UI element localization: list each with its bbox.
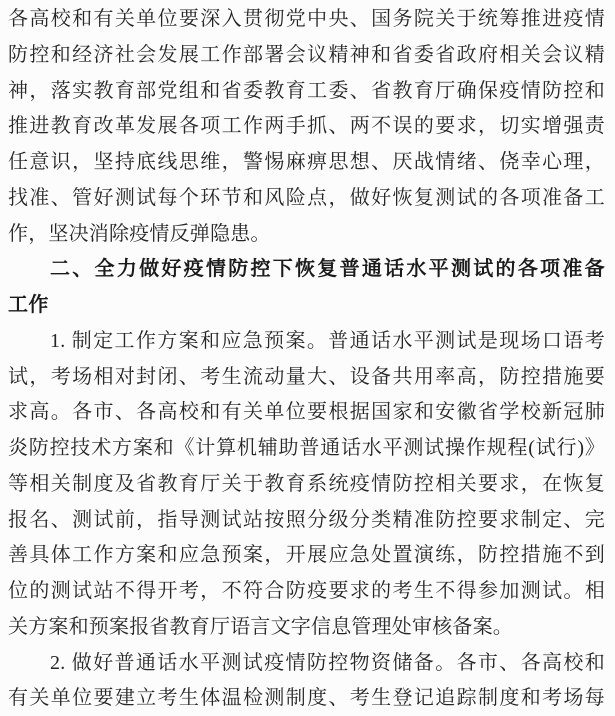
text-line: 各高校和有关单位要深入贯彻党中央、国务院关于统筹推进疫情 xyxy=(8,2,605,38)
text-line: 2. 做好普通话水平测试疫情防控物资储备。各市、各高校和 xyxy=(8,646,605,682)
text-line: 善具体工作方案和应急预案，开展应急处置演练，防控措施不到 xyxy=(8,538,605,574)
text-line: 等相关制度及省教育厅关于教育系统疫情防控相关要求，在恢复 xyxy=(8,467,605,503)
text-line: 防控和经济社会发展工作部署会议精神和省委省政府相关会议精 xyxy=(8,38,605,74)
text-line: 位的测试站不得开考，不符合防疫要求的考生不得参加测试。相 xyxy=(8,574,605,610)
document-page: 各高校和有关单位要深入贯彻党中央、国务院关于统筹推进疫情 防控和经济社会发展工作… xyxy=(0,0,615,716)
text-line: 炎防控技术方案和《计算机辅助普通话水平测试操作规程(试行)》 xyxy=(8,431,605,467)
text-line: 1. 制定工作方案和应急预案。普通话水平测试是现场口语考 xyxy=(8,324,605,360)
text-line: 作，坚决消除疫情反弹隐患。 xyxy=(8,217,605,253)
text-line: 找准、管好测试每个环节和风险点，做好恢复测试的各项准备工 xyxy=(8,181,605,217)
text-line: 有关单位要建立考生体温检测制度、考生登记追踪制度和考场每 xyxy=(8,681,605,716)
text-line: 关方案和预案报省教育厅语言文字信息管理处审核备案。 xyxy=(8,610,605,646)
text-line: 试，考场相对封闭、考生流动量大、设备共用率高，防控措施要 xyxy=(8,360,605,396)
text-line: 任意识，坚持底线思维，警惕麻痹思想、厌战情绪、侥幸心理， xyxy=(8,145,605,181)
text-line: 推进教育改革发展各项工作两手抓、两不误的要求，切实增强责 xyxy=(8,109,605,145)
text-line: 报名、测试前，指导测试站按照分级分类精准防控要求制定、完 xyxy=(8,503,605,539)
section-heading: 二、全力做好疫情防控下恢复普通话水平测试的各项准备 xyxy=(8,252,605,288)
text-line: 神，落实教育部党组和省委教育工委、省教育厅确保疫情防控和 xyxy=(8,74,605,110)
section-heading: 工作 xyxy=(8,288,605,324)
text-line: 求高。各市、各高校和有关单位要根据国家和安徽省学校新冠肺 xyxy=(8,395,605,431)
